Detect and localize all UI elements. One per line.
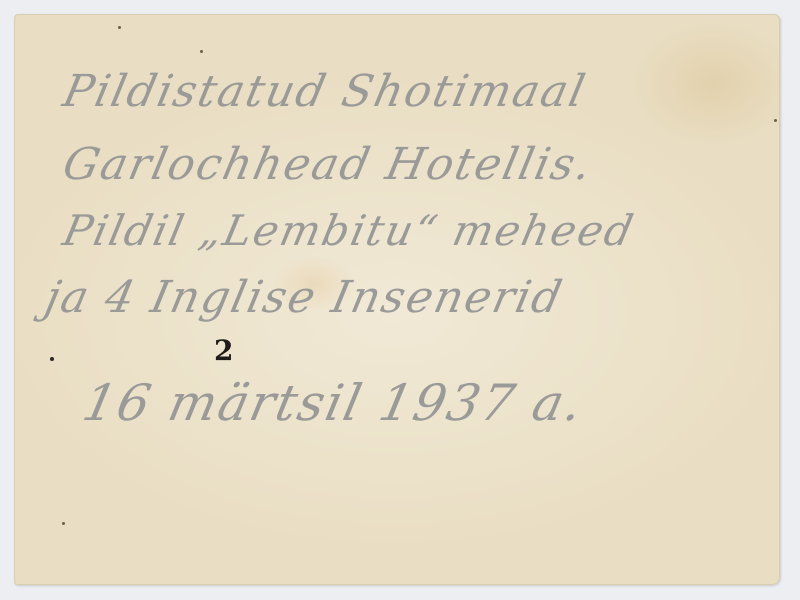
stamped-number: 2 [214,334,233,367]
paper-speck [62,522,65,525]
paper-speck [200,50,203,53]
paper-speck [774,119,777,122]
handwriting-line-1: Pildistatud Shotimaal [59,66,591,117]
photo-card-back: Pildistatud Shotimaal Garlochhead Hotell… [14,14,780,585]
ink-dot [50,357,54,361]
handwriting-line-2: Garlochhead Hotellis. [59,139,598,190]
handwriting-line-4: ja 4 Inglise Insenerid [41,272,568,323]
paper-speck [118,26,121,29]
handwriting-line-3: Pildil „Lembitu“ meheed [59,206,639,255]
handwriting-date-line: 16 märtsil 1937 a. [78,374,589,432]
